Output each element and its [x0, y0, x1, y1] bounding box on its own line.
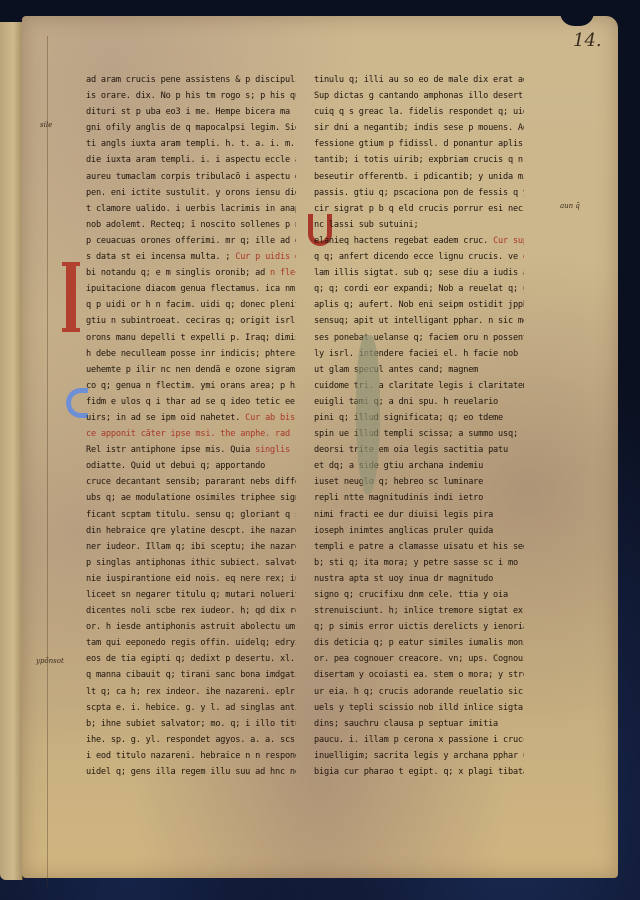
text-line: Rel istr antiphone ipse mis. Quia singli… — [86, 442, 296, 458]
text-line: t clamore ualido. i uerbis lacrimis in a… — [86, 201, 296, 217]
text-line: beseutir offerentb. i pdicantib; y unida… — [314, 169, 524, 185]
text-line: cuidome tri. a claritate legis i clarita… — [314, 378, 524, 394]
text-line: aureu tumaclam corpis tribulacõ i aspect… — [86, 169, 296, 185]
text-line: iuset neuglo q; hebreo sc luminare — [314, 474, 524, 490]
text-line: bi notandu q; e m singlis oronib; ad n f… — [86, 265, 296, 281]
text-line: uirs; in ad se ipm oid nahetet. Cur ab b… — [86, 410, 296, 426]
text-line: sir dni a negantib; indis sese p mouens.… — [314, 120, 524, 136]
text-line: ut glam specul antes cand; magnem — [314, 362, 524, 378]
text-line: liceet sn negarer titulu q; mutari nolue… — [86, 587, 296, 603]
text-line: sensuq; apit ut intelligant pphar. n sic… — [314, 313, 524, 329]
text-line: odiatte. Quid ut debui q; apportando — [86, 458, 296, 474]
text-line: is orare. dix. No p his tm rogo s; p his… — [86, 88, 296, 104]
text-line: pini q; illud significata; q; eo tdeme — [314, 410, 524, 426]
text-line: cruce decantant sensib; pararant nebs di… — [86, 474, 296, 490]
text-line: deorsi trite em oia legis sactitia patu — [314, 442, 524, 458]
text-line: gni ofily anglis de q mapocalpsi legim. … — [86, 120, 296, 136]
text-line: nustra apta st uoy inua dr magnitudo — [314, 571, 524, 587]
parchment-stain — [356, 335, 380, 495]
text-line: ipuitacione diacom genua flectamus. ica … — [86, 281, 296, 297]
text-line: s data st ei incensa multa. ; Cur p uidi… — [86, 249, 296, 265]
text-line: i eod titulo nazareni. hebraice n n resp… — [86, 748, 296, 764]
decorated-initial-C — [66, 388, 88, 418]
text-line: ad aram crucis pene assistens & p discip… — [86, 72, 296, 88]
text-line: uidel q; gens illa regem illu suu ad hnc… — [86, 764, 296, 780]
text-line: or. h iesde antiphonis astruit abolectu … — [86, 619, 296, 635]
margin-note-top: sile — [40, 121, 52, 129]
text-line: q q; anfert dicendo ecce lignu crucis. v… — [314, 249, 524, 265]
rubric: ce apponit cãter ipse msi. the anphe. ra… — [86, 429, 290, 439]
text-line: q manna cibauit q; tirani sanc bona imdg… — [86, 667, 296, 683]
text-line: inuelligim; sacrita legis y archana ppha… — [314, 748, 524, 764]
text-line: aplis q; aufert. Nob eni seipm ostidit j… — [314, 297, 524, 313]
text-line: passis. gtiu q; pscaciona pon de fessis … — [314, 185, 524, 201]
text-line: elanieq hactens regebat eadem cruc. Cur … — [314, 233, 524, 249]
text-line: gtiu n subintroeat. ceciras q; origit is… — [86, 313, 296, 329]
text-line: b; sti q; ita mora; y petre sasse sc i m… — [314, 555, 524, 571]
text-line: cir sigrat p b q eld crucis porrur esi n… — [314, 201, 524, 217]
text-line: pen. eni ictite sustulit. y orons iensu … — [86, 185, 296, 201]
text-line: lt q; ca h; rex indeor. ihe nazareni. ep… — [86, 684, 296, 700]
text-line: ihe. sp. g. yl. respondet agyos. a. a. s… — [86, 732, 296, 748]
rubric: n flectam — [265, 268, 296, 278]
text-line: din hebraice qre ylatine descpt. ihe naz… — [86, 523, 296, 539]
text-line: ioseph inimtes anglicas pruler quida — [314, 523, 524, 539]
text-line: orons manu depelli t expelli p. Iraq; di… — [86, 330, 296, 346]
text-line: scpta e. i. hebice. g. y l. ad singlas a… — [86, 700, 296, 716]
text-line: euigli tami q; a dni spu. h reuelario — [314, 394, 524, 410]
margin-note-right: aun q̃ — [560, 202, 580, 210]
text-line: p singlas antiphonas ithic subiect. salv… — [86, 555, 296, 571]
text-line: Sup dictas g cantando amphonas illo dese… — [314, 88, 524, 104]
rubric: Cur p uidis genua — [230, 252, 296, 262]
text-line: h debe neculleam posse inr indicis; phte… — [86, 346, 296, 362]
decorated-initial-I — [66, 262, 76, 332]
previous-leaf-edge — [0, 22, 23, 880]
ruling-line — [47, 36, 48, 886]
text-line: nimi fracti ee dur diuisi legis pira — [314, 507, 524, 523]
text-line: b; ihne subiet salvator; mo. q; i illo t… — [86, 716, 296, 732]
text-line: nc lassi sub sutuini; — [314, 217, 524, 233]
text-line: q; q; cordi eor expandi; Nob a reuelat q… — [314, 281, 524, 297]
text-line: tinulu q; illi au so eo de male dix erat… — [314, 72, 524, 88]
rubric: singlis — [250, 445, 290, 455]
text-line: ti angls iuxta aram templi. h. t. a. i. … — [86, 136, 296, 152]
text-line: ly isrl. intendere faciei el. h facie no… — [314, 346, 524, 362]
text-column-left: ad aram crucis pene assistens & p discip… — [86, 72, 296, 780]
text-line: bigia cur pharao t egipt. q; x plagi tib… — [314, 764, 524, 780]
text-line: spin ue illud templi scissa; a summo usq… — [314, 426, 524, 442]
text-line: ubs q; ae modulatione osimiles triphee s… — [86, 490, 296, 506]
text-line: disertam y ocoiasti ea. stem o mora; y s… — [314, 667, 524, 683]
rubric: Cur ab bis q cru — [240, 413, 296, 423]
text-line: nie iuspirantione eid nois. eq nere rex;… — [86, 571, 296, 587]
text-line: co q; genua n flectim. ymi orans area; p… — [86, 378, 296, 394]
text-line: p ceuacuas orones offerimi. mr q; ille a… — [86, 233, 296, 249]
text-line: ner iudeor. Illam q; ibi sceptu; ihe naz… — [86, 539, 296, 555]
text-line: q p uidi or h n facim. uidi q; donec ple… — [86, 297, 296, 313]
text-line: dins; sauchru clausa p septuar imitia — [314, 716, 524, 732]
text-line: templi e patre a clamasse uisatu et his … — [314, 539, 524, 555]
text-line: eos de tia egipti q; dedixt p desertu. x… — [86, 651, 296, 667]
text-line: or. pea cognouer creacore. vn; ups. Cogn… — [314, 651, 524, 667]
text-line: die iuxta aram templi. i. i aspectu eccl… — [86, 152, 296, 168]
text-line: ficant scptam titulu. sensu q; gloriant … — [86, 507, 296, 523]
text-line: dituri st p uba eo3 i me. Hempe bicera m… — [86, 104, 296, 120]
text-line: paucu. i. illam p cerona x passione i cr… — [314, 732, 524, 748]
text-line: tam qui eeponedo regis offin. uidelq; ed… — [86, 635, 296, 651]
text-line: dicentes noli scbe rex iudeor. h; qd dix… — [86, 603, 296, 619]
text-line: cuiq q s greac la. fidelis respondet q; … — [314, 104, 524, 120]
text-line: repli ntte magnitudinis indi ietro — [314, 490, 524, 506]
text-line: nob adolemt. Recteq; ĩ noscito sollenes … — [86, 217, 296, 233]
text-line: fessione gtium p fidissl. d ponantur apl… — [314, 136, 524, 152]
text-line: lam illis sigtat. sub q; sese diu a iudi… — [314, 265, 524, 281]
text-line: q; p simis error uictis derelicts y ieno… — [314, 619, 524, 635]
rubric: Cur super q crux intrent depalia — [488, 236, 524, 246]
text-line: strenuisciunt. h; inlice tremore sigtat … — [314, 603, 524, 619]
folio-number: 14. — [573, 30, 602, 51]
text-line: tantib; i totis uirib; expbriam crucis q… — [314, 152, 524, 168]
text-line: ses ponebat uelanse q; faciem oru n poss… — [314, 330, 524, 346]
rubric: discopiat — [518, 252, 524, 262]
text-line: et dq; a side gtiu archana indemiu — [314, 458, 524, 474]
text-line: dis deticia q; p eatur similes iumalis m… — [314, 635, 524, 651]
text-line: ur eia. h q; crucis adorande reuelatio s… — [314, 684, 524, 700]
text-line: signo q; crucifixu dnm cele. ttia y oia — [314, 587, 524, 603]
text-line: uehemte p ilir nc nen dendã e ozone sigr… — [86, 362, 296, 378]
text-line: ce apponit cãter ipse msi. the anphe. ra… — [86, 426, 296, 442]
text-line: fidm e ulos q i thar ad se q ideo tetic … — [86, 394, 296, 410]
text-column-right: tinulu q; illi au so eo de male dix erat… — [314, 72, 524, 780]
text-line: uels y tepli scissio nob illd inlice sig… — [314, 700, 524, 716]
faded-margin-rubric — [38, 345, 74, 385]
margin-note-bottom: ypõnsot — [36, 657, 64, 665]
